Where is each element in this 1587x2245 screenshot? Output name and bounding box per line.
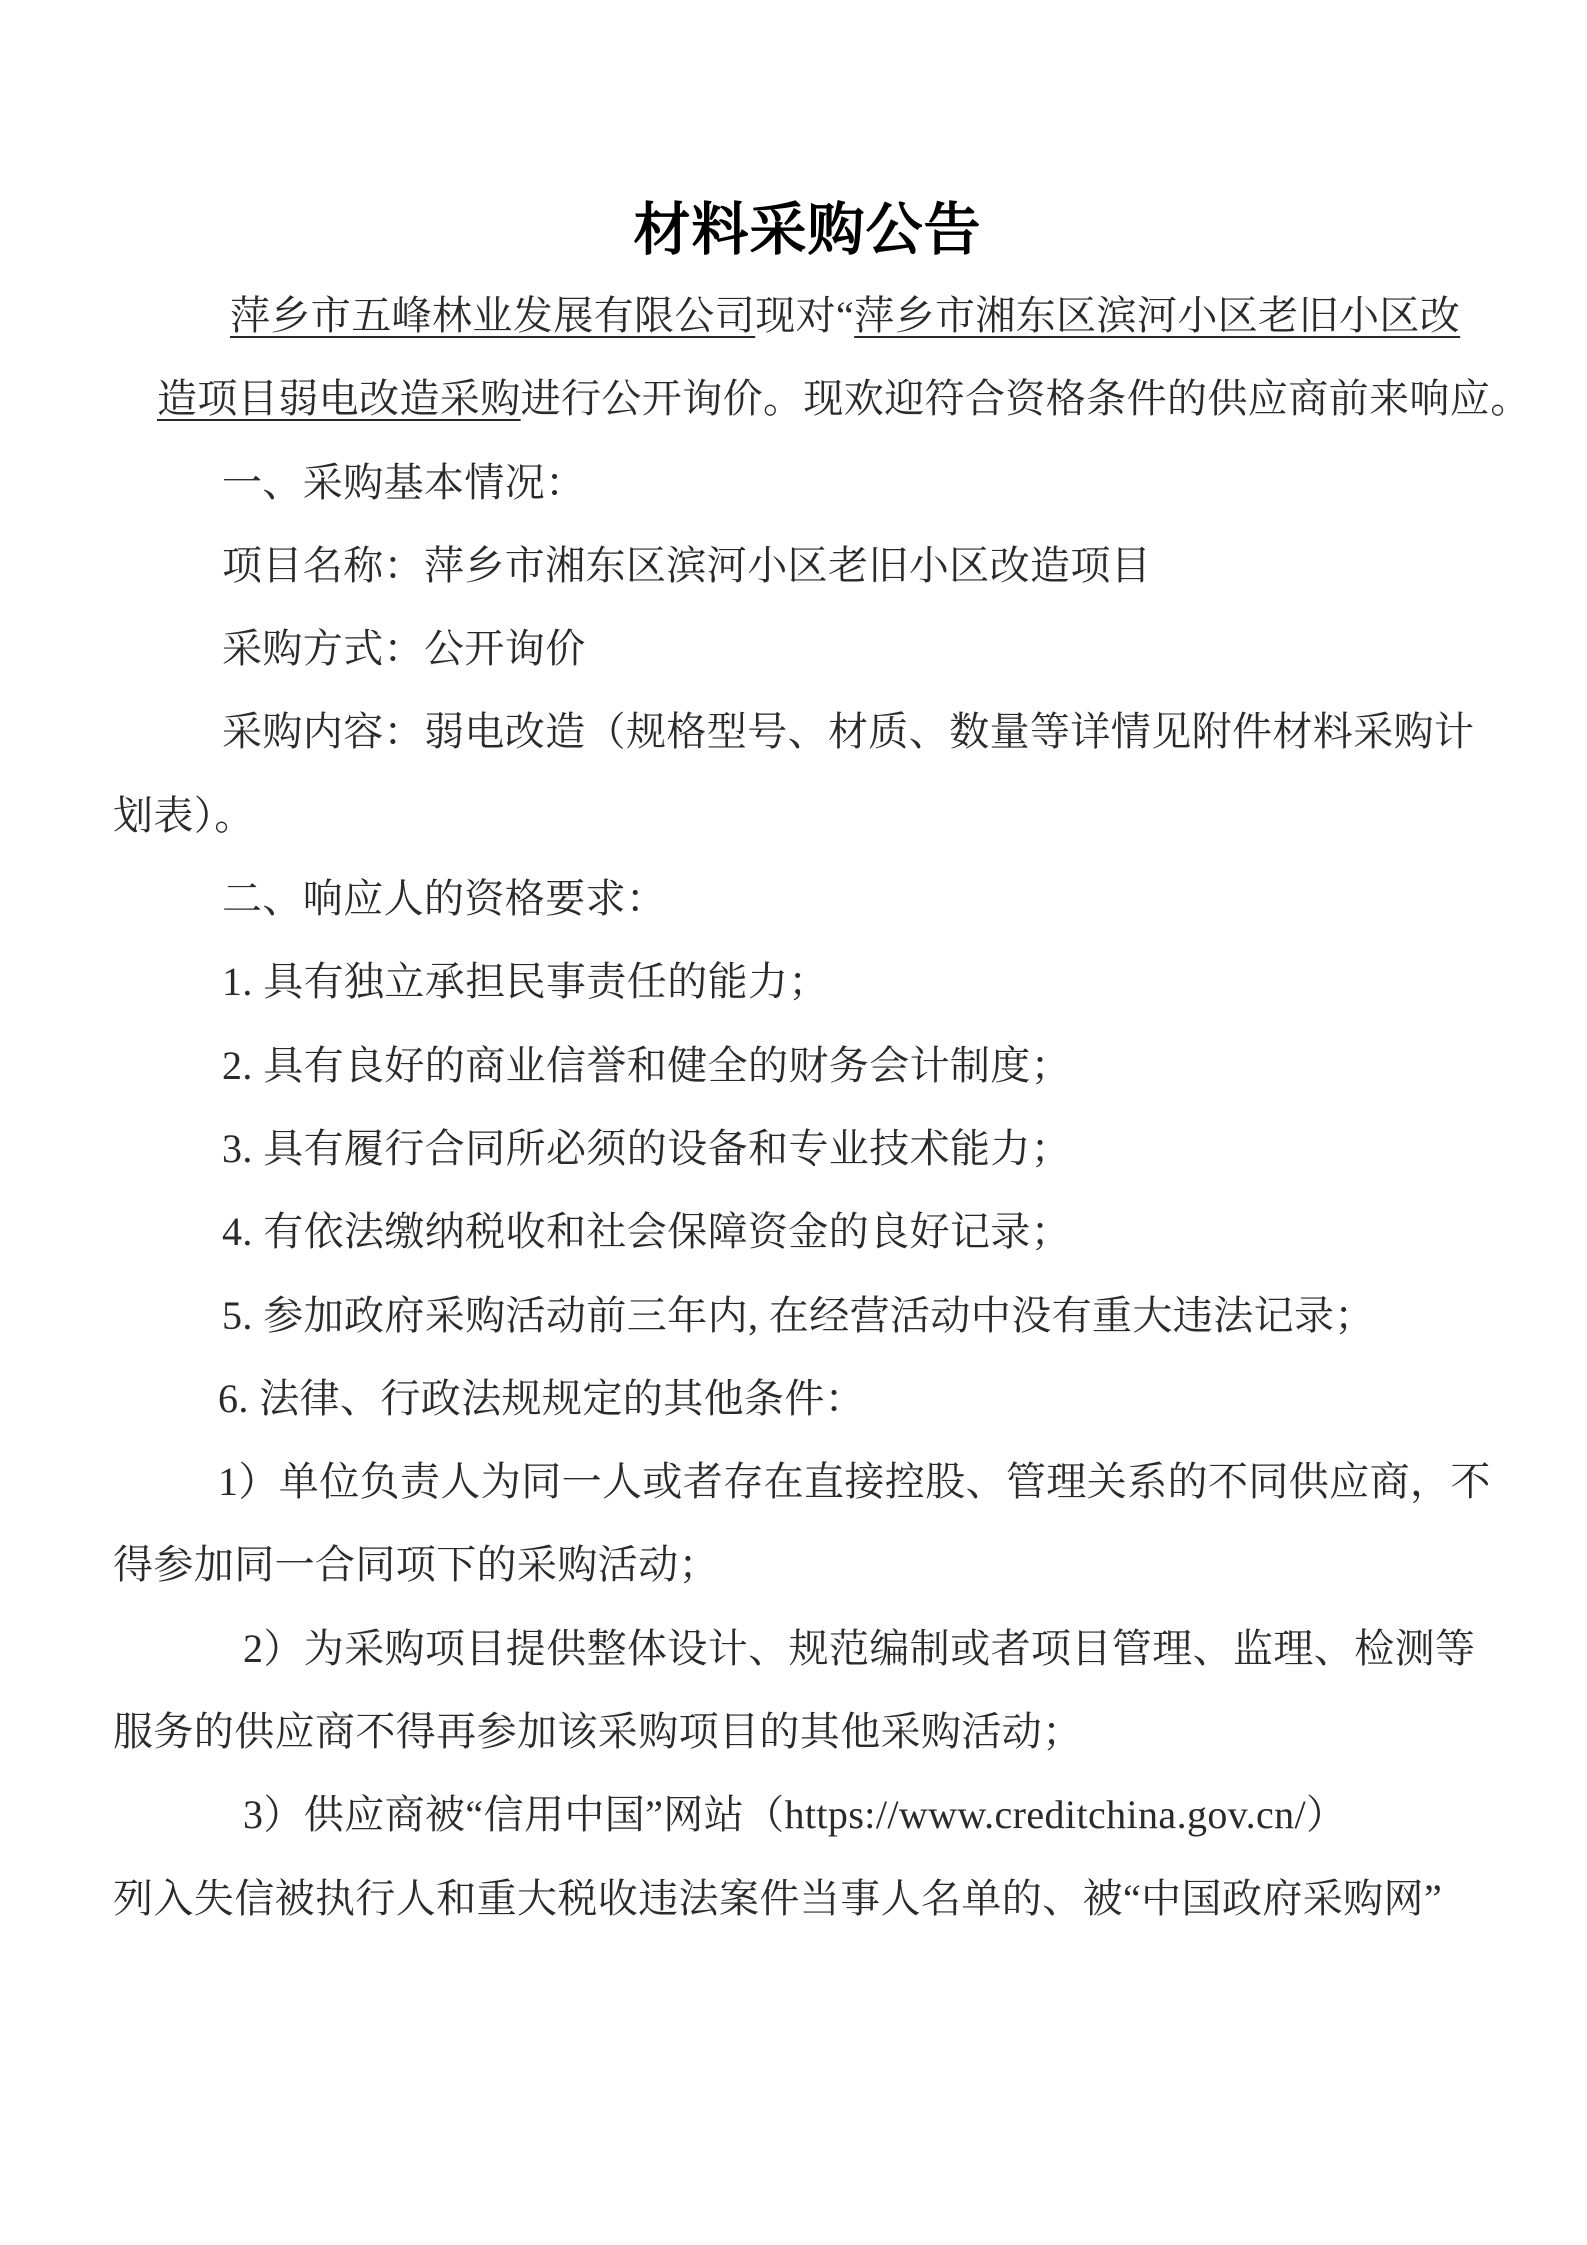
text-segment: 5. 参加政府采购活动前三年内, 在经营活动中没有重大违法记录；	[222, 1293, 1375, 1338]
text-line: 3. 具有履行合同所必须的设备和专业技术能力；	[113, 1107, 1513, 1190]
text-line: 4. 有依法缴纳税收和社会保障资金的良好记录；	[113, 1190, 1513, 1273]
text-line: 二、响应人的资格要求：	[113, 857, 1513, 940]
text-line: 2. 具有良好的商业信誉和健全的财务会计制度；	[113, 1024, 1513, 1107]
text-segment: 1）单位负责人为同一人或者存在直接控股、管理关系的不同供应商，不	[218, 1459, 1491, 1504]
text-line: 一、采购基本情况：	[113, 441, 1513, 524]
text-line: 1. 具有独立承担民事责任的能力；	[113, 940, 1513, 1023]
underlined-text: 萍乡市五峰林业发展有限公司	[230, 293, 755, 338]
text-segment: 1. 具有独立承担民事责任的能力；	[222, 959, 829, 1004]
text-segment: 列入失信被执行人和重大税收违法案件当事人名单的、被“中国政府采购网”	[113, 1876, 1442, 1921]
text-line: 列入失信被执行人和重大税收违法案件当事人名单的、被“中国政府采购网”	[113, 1857, 1513, 1940]
text-segment: 进行公开询价。现欢迎符合资格条件的供应商前来响应。	[521, 376, 1531, 421]
text-line: 1）单位负责人为同一人或者存在直接控股、管理关系的不同供应商，不	[113, 1440, 1513, 1523]
text-segment: 一、采购基本情况：	[222, 460, 586, 505]
text-segment: 二、响应人的资格要求：	[222, 876, 666, 921]
text-line: 萍乡市五峰林业发展有限公司现对“萍乡市湘东区滨河小区老旧小区改	[113, 274, 1513, 357]
text-segment: 现对“	[755, 293, 854, 338]
text-segment: 3. 具有履行合同所必须的设备和专业技术能力；	[222, 1126, 1071, 1171]
text-line: 造项目弱电改造采购进行公开询价。现欢迎符合资格条件的供应商前来响应。	[113, 357, 1513, 440]
text-segment: 划表）。	[113, 793, 255, 838]
underlined-text: 造项目弱电改造采购	[157, 376, 521, 421]
text-segment: 3）供应商被“信用中国”网站（https://www.creditchina.g…	[243, 1792, 1346, 1837]
page-title: 材料采购公告	[0, 196, 1587, 266]
text-line: 划表）。	[113, 774, 1513, 857]
document-page: 材料采购公告 萍乡市五峰林业发展有限公司现对“萍乡市湘东区滨河小区老旧小区改造项…	[0, 0, 1587, 2245]
text-line: 6. 法律、行政法规规定的其他条件：	[113, 1357, 1513, 1440]
text-line: 采购内容：弱电改造（规格型号、材质、数量等详情见附件材料采购计	[113, 690, 1513, 773]
text-segment: 2. 具有良好的商业信誉和健全的财务会计制度；	[222, 1043, 1071, 1088]
text-line: 得参加同一合同项下的采购活动；	[113, 1523, 1513, 1606]
text-line: 2）为采购项目提供整体设计、规范编制或者项目管理、监理、检测等	[113, 1607, 1513, 1690]
underlined-text: 萍乡市湘东区滨河小区老旧小区改	[854, 293, 1460, 338]
text-line: 项目名称：萍乡市湘东区滨河小区老旧小区改造项目	[113, 524, 1513, 607]
text-segment: 4. 有依法缴纳税收和社会保障资金的良好记录；	[222, 1209, 1071, 1254]
text-line: 5. 参加政府采购活动前三年内, 在经营活动中没有重大违法记录；	[113, 1274, 1513, 1357]
text-segment: 服务的供应商不得再参加该采购项目的其他采购活动；	[113, 1709, 1083, 1754]
document-body: 萍乡市五峰林业发展有限公司现对“萍乡市湘东区滨河小区老旧小区改造项目弱电改造采购…	[113, 274, 1513, 1940]
text-segment: 项目名称：萍乡市湘东区滨河小区老旧小区改造项目	[222, 543, 1151, 588]
text-segment: 6. 法律、行政法规规定的其他条件：	[218, 1376, 865, 1421]
text-line: 3）供应商被“信用中国”网站（https://www.creditchina.g…	[113, 1773, 1513, 1856]
text-segment: 得参加同一合同项下的采购活动；	[113, 1542, 719, 1587]
text-segment: 采购内容：弱电改造（规格型号、材质、数量等详情见附件材料采购计	[222, 709, 1474, 754]
text-segment: 采购方式：公开询价	[222, 626, 586, 671]
text-line: 服务的供应商不得再参加该采购项目的其他采购活动；	[113, 1690, 1513, 1773]
text-segment: 2）为采购项目提供整体设计、规范编制或者项目管理、监理、检测等	[243, 1626, 1475, 1671]
text-line: 采购方式：公开询价	[113, 607, 1513, 690]
